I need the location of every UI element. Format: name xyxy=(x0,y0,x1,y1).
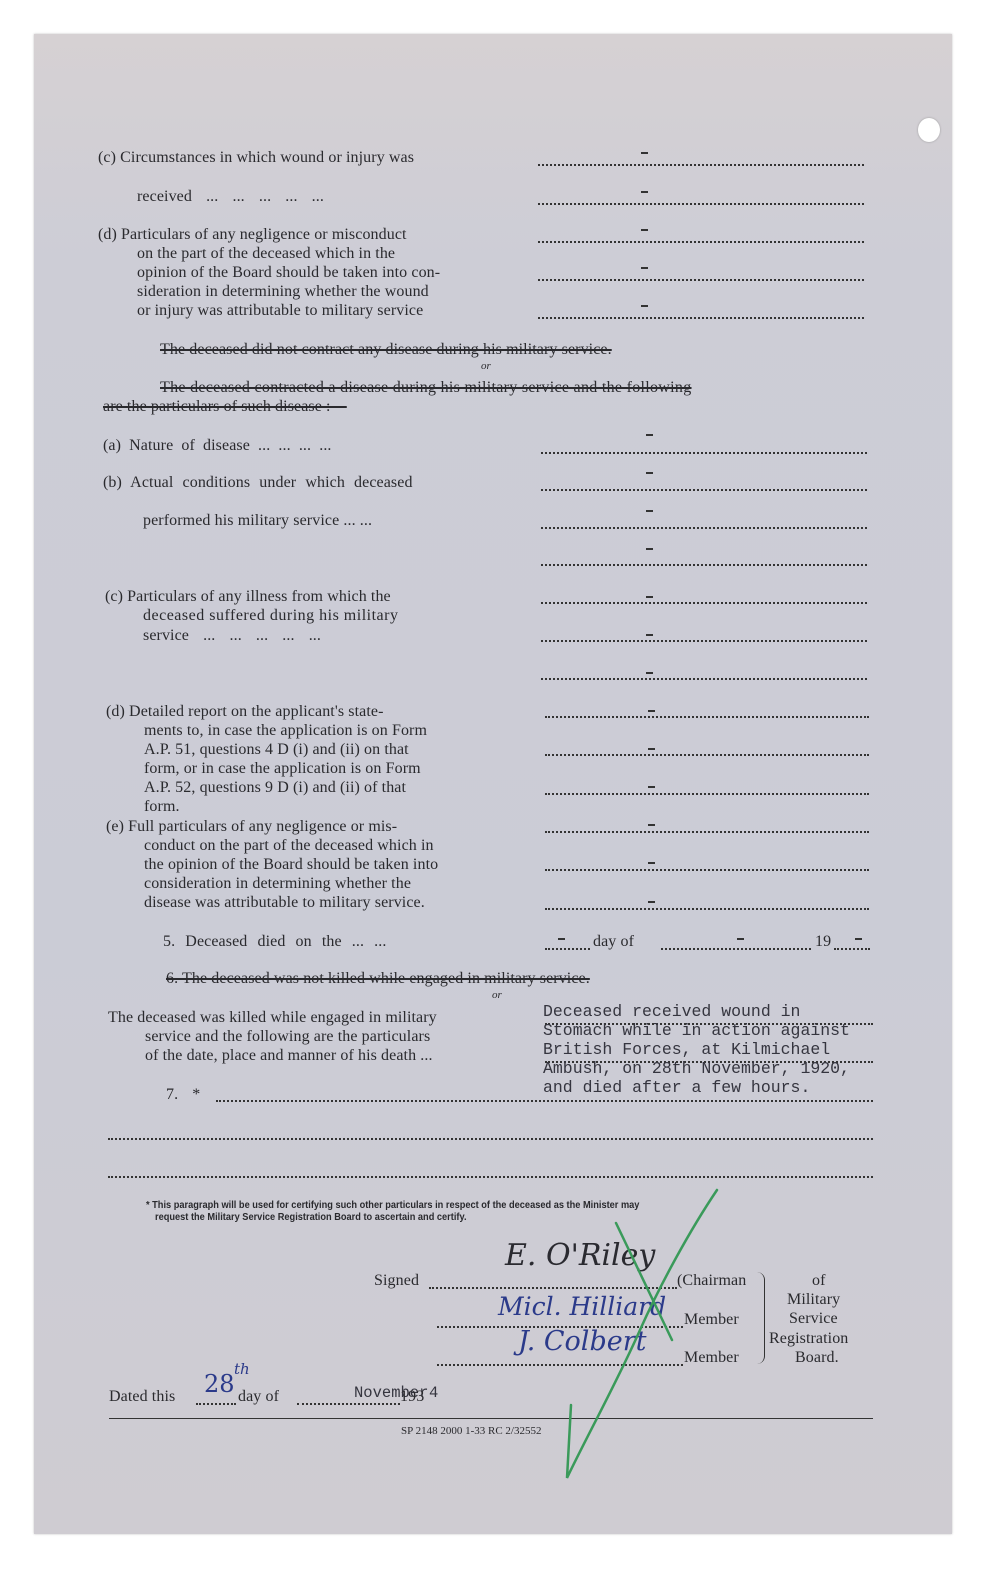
green-check-mark-icon xyxy=(0,0,1000,1588)
